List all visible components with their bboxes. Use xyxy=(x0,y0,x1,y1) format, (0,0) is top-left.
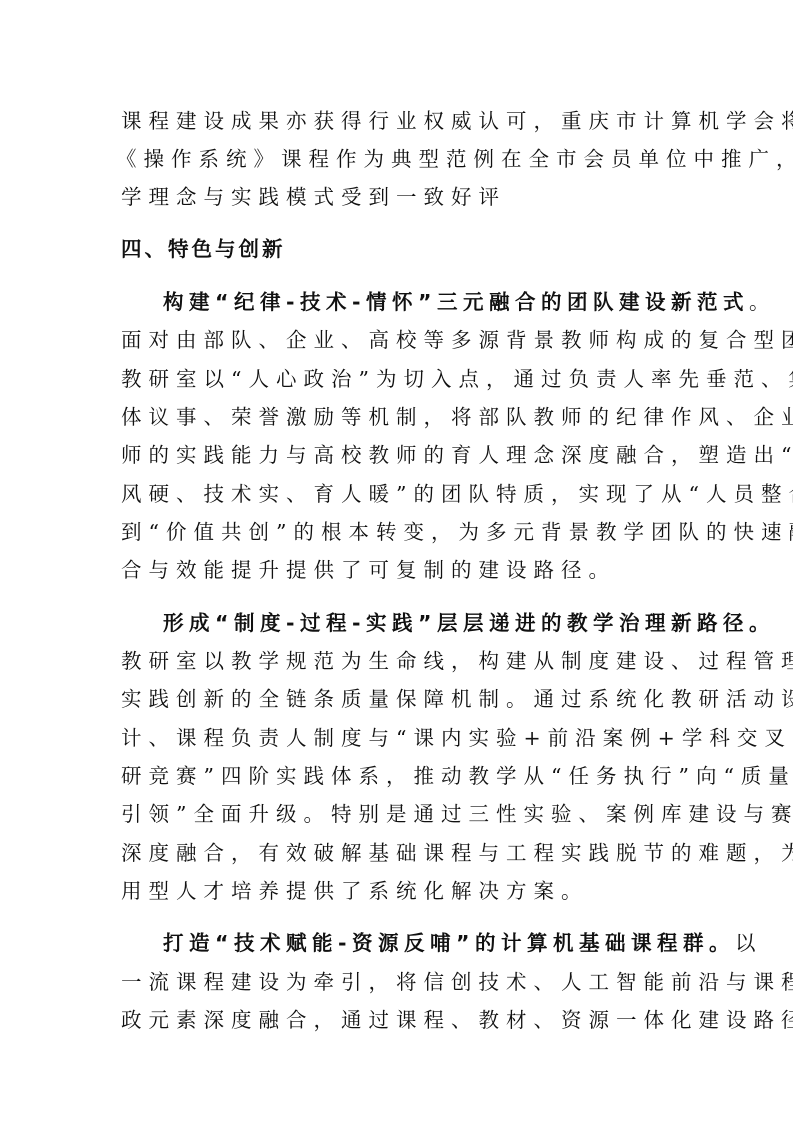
paragraph-line: 教研室以“人心政治”为切入点，通过负责人率先垂范、集 xyxy=(121,364,681,394)
document-page: 课程建设成果亦获得行业权威认可，重庆市计算机学会将 《操作系统》课程作为典型范例… xyxy=(0,0,793,1122)
paragraph-line: 风硬、技术实、育人暖”的团队特质，实现了从“人员整合” xyxy=(121,479,681,509)
paragraph-line: 用型人才培养提供了系统化解决方案。 xyxy=(121,876,681,906)
paragraph-line: 引领”全面升级。特别是通过三性实验、案例库建设与赛教 xyxy=(121,799,681,829)
paragraph-line: 研竞赛”四阶实践体系，推动教学从“任务执行”向“质量 xyxy=(121,761,681,791)
paragraph-line: 深度融合，有效破解基础课程与工程实践脱节的难题，为应 xyxy=(121,838,681,868)
lead-tail: 。 xyxy=(749,290,777,314)
bold-lead-sentence: 形成“制度-过程-实践”层层递进的教学治理新路径。 xyxy=(163,611,775,635)
lead-tail: 以 xyxy=(735,931,763,955)
paragraph-line: 政元素深度融合，通过课程、教材、资源一体化建设路径， xyxy=(121,1005,681,1035)
section-heading: 四、特色与创新 xyxy=(121,234,681,264)
paragraph-line: 合与效能提升提供了可复制的建设路径。 xyxy=(121,555,681,585)
paragraph-line: 到“价值共创”的根本转变，为多元背景教学团队的快速融 xyxy=(121,517,681,547)
paragraph-line: 课程建设成果亦获得行业权威认可，重庆市计算机学会将 xyxy=(121,106,681,136)
paragraph-line: 教研室以教学规范为生命线，构建从制度建设、过程管理到 xyxy=(121,646,681,676)
paragraph-lead-line: 形成“制度-过程-实践”层层递进的教学治理新路径。 xyxy=(163,608,723,638)
paragraph-line: 体议事、荣誉激励等机制，将部队教师的纪律作风、企业教 xyxy=(121,402,681,432)
paragraph-line: 面对由部队、企业、高校等多源背景教师构成的复合型团队， xyxy=(121,325,681,355)
paragraph-line: 一流课程建设为牵引，将信创技术、人工智能前沿与课程思 xyxy=(121,967,681,997)
paragraph-lead-line: 打造“技术赋能-资源反哺”的计算机基础课程群。以 xyxy=(163,928,723,958)
paragraph-line: 计、课程负责人制度与“课内实验+前沿案例+学科交叉+科 xyxy=(121,723,681,753)
paragraph-line: 学理念与实践模式受到一致好评 xyxy=(121,182,681,212)
paragraph-line: 师的实践能力与高校教师的育人理念深度融合，塑造出“作 xyxy=(121,440,681,470)
paragraph-line: 《操作系统》课程作为典型范例在全市会员单位中推广，教 xyxy=(116,144,676,174)
paragraph-lead-line: 构建“纪律-技术-情怀”三元融合的团队建设新范式。 xyxy=(163,287,723,317)
bold-lead-sentence: 构建“纪律-技术-情怀”三元融合的团队建设新范式 xyxy=(163,290,749,314)
paragraph-line: 实践创新的全链条质量保障机制。通过系统化教研活动设 xyxy=(121,684,681,714)
bold-lead-sentence: 打造“技术赋能-资源反哺”的计算机基础课程群。 xyxy=(163,931,735,955)
